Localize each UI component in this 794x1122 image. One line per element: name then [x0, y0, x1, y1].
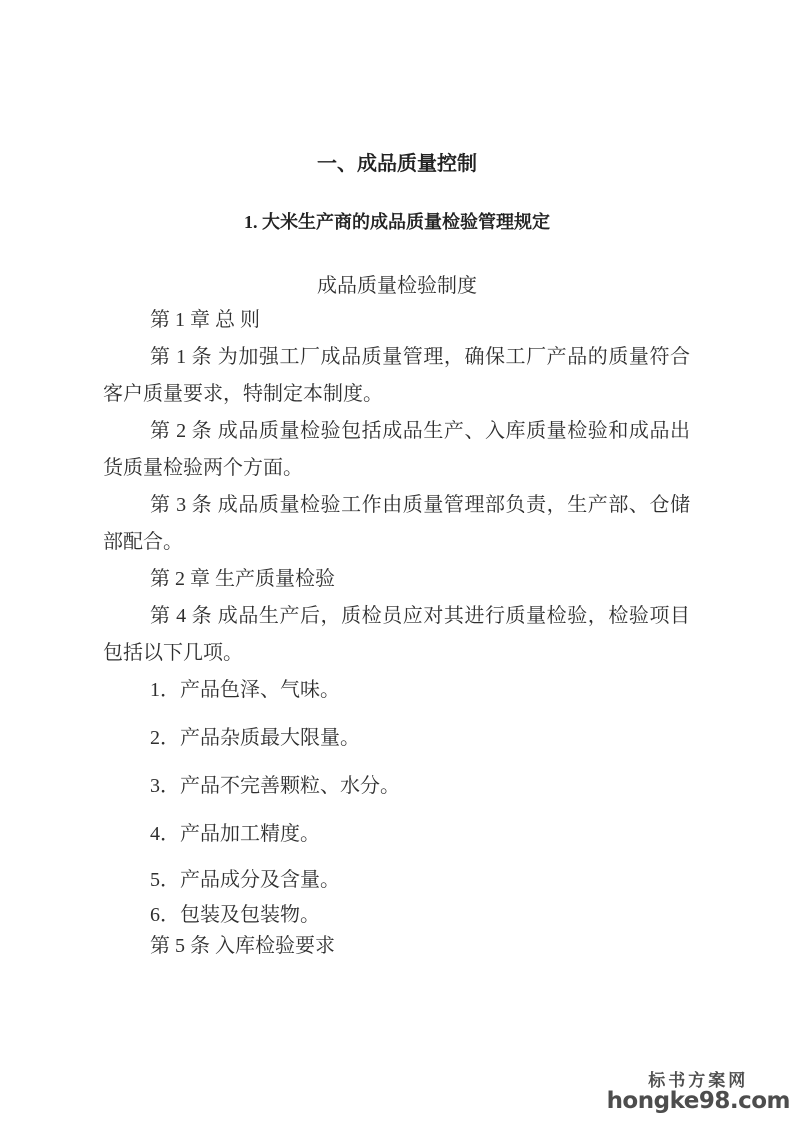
chapter-heading: 第 2 章 生产质量检验	[103, 561, 690, 598]
chapter-heading: 第 5 条 入库检验要求	[103, 928, 690, 965]
paragraph: 第 4 条 成品生产后，质检员应对其进行质量检验，检验项目包括以下几项。	[103, 598, 690, 672]
list-item: 5．产品成分及含量。	[103, 862, 690, 899]
list-item: 4．产品加工精度。	[103, 816, 690, 853]
watermark: 标书方案网 hongke98.com	[607, 1072, 790, 1113]
page-title: 一、成品质量控制	[0, 150, 794, 178]
document-page: 一、成品质量控制 1. 大米生产商的成品质量检验管理规定 成品质量检验制度 第 …	[0, 0, 794, 1122]
chapter-heading: 第 1 章 总 则	[103, 302, 690, 339]
paragraph: 第 1 条 为加强工厂成品质量管理，确保工厂产品的质量符合客户质量要求，特制定本…	[103, 339, 690, 413]
page-subtitle: 1. 大米生产商的成品质量检验管理规定	[0, 208, 794, 236]
paragraph: 第 3 条 成品质量检验工作由质量管理部负责，生产部、仓储部配合。	[103, 487, 690, 561]
paragraph: 第 2 条 成品质量检验包括成品生产、入库质量检验和成品出货质量检验两个方面。	[103, 413, 690, 487]
list-item: 3．产品不完善颗粒、水分。	[103, 768, 690, 805]
document-body: 第 1 章 总 则 第 1 条 为加强工厂成品质量管理，确保工厂产品的质量符合客…	[103, 302, 690, 965]
list-item: 1．产品色泽、气味。	[103, 672, 690, 709]
section-heading: 成品质量检验制度	[0, 272, 794, 300]
watermark-site-domain: hongke98.com	[607, 1090, 790, 1113]
list-item: 2．产品杂质最大限量。	[103, 720, 690, 757]
